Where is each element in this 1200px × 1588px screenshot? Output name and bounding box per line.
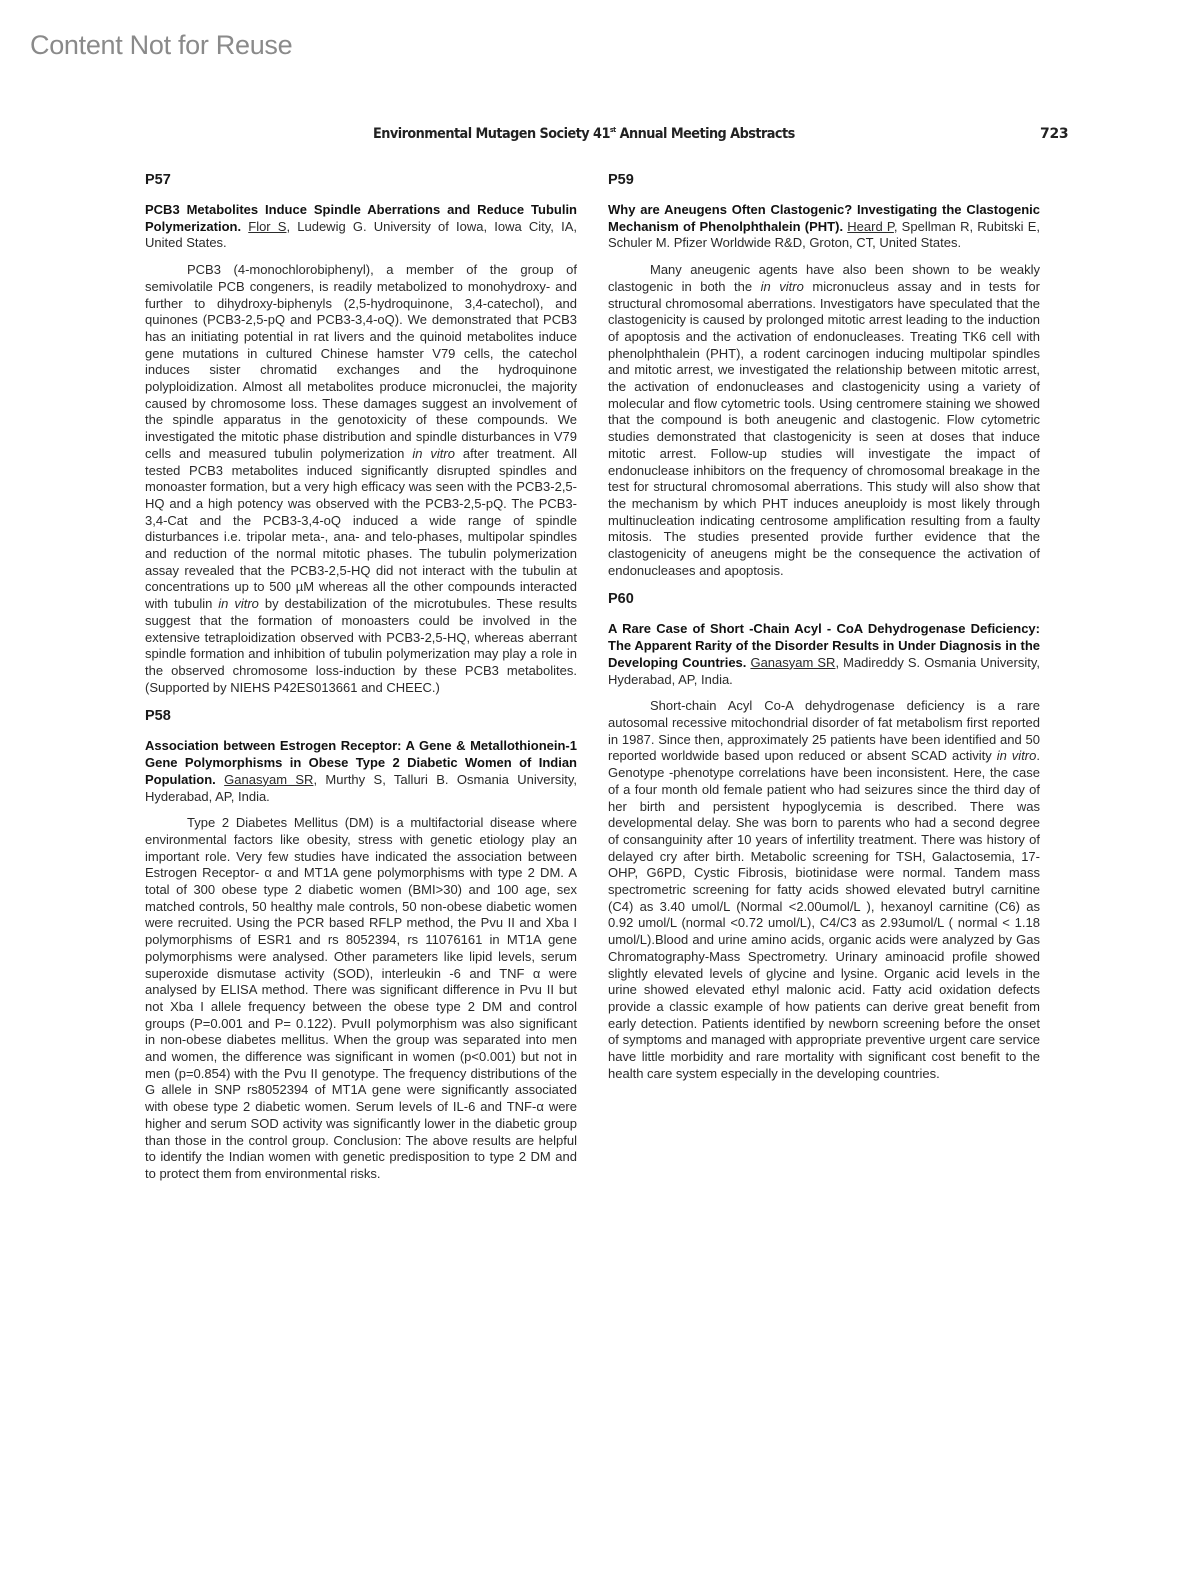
body-text: Short-chain Acyl Co-A dehydrogenase defi… bbox=[608, 698, 1040, 763]
body-text: micronucleus assay and in tests for stru… bbox=[608, 279, 1040, 578]
body-italic: in vitro bbox=[412, 446, 455, 461]
left-column: P57 PCB3 Metabolites Induce Spindle Aber… bbox=[145, 172, 577, 1195]
abstract-id: P57 bbox=[145, 172, 577, 188]
abstract-heading: PCB3 Metabolites Induce Spindle Aberrati… bbox=[145, 202, 577, 252]
abstract-body: Many aneugenic agents have also been sho… bbox=[608, 262, 1040, 579]
abstract-body: PCB3 (4-monochlorobiphenyl), a member of… bbox=[145, 262, 577, 696]
abstract-p57: P57 PCB3 Metabolites Induce Spindle Aber… bbox=[145, 172, 577, 696]
body-text: after treatment. All tested PCB3 metabol… bbox=[145, 446, 577, 611]
journal-title-prefix: Environmental Mutagen Society 41 bbox=[373, 126, 610, 142]
abstract-heading: Why are Aneugens Often Clastogenic? Inve… bbox=[608, 202, 1040, 252]
abstract-id: P60 bbox=[608, 591, 1040, 607]
body-text: Type 2 Diabetes Mellitus (DM) is a multi… bbox=[145, 815, 577, 1181]
abstract-id: P58 bbox=[145, 708, 577, 724]
abstract-heading: Association between Estrogen Receptor: A… bbox=[145, 738, 577, 805]
page-number: 723 bbox=[1040, 126, 1068, 142]
running-head: Environmental Mutagen Society 41st Annua… bbox=[0, 126, 1200, 150]
presenting-author: Ganasyam SR bbox=[224, 772, 313, 787]
presenting-author: Flor S bbox=[248, 219, 286, 234]
presenting-author: Heard P bbox=[847, 219, 894, 234]
body-text: PCB3 (4-monochlorobiphenyl), a member of… bbox=[145, 262, 577, 461]
abstract-body: Short-chain Acyl Co-A dehydrogenase defi… bbox=[608, 698, 1040, 1082]
body-text: . Genotype -phenotype correlations have … bbox=[608, 748, 1040, 1080]
abstract-p60: P60 A Rare Case of Short -Chain Acyl - C… bbox=[608, 591, 1040, 1082]
body-italic: in vitro bbox=[761, 279, 804, 294]
abstract-heading: A Rare Case of Short -Chain Acyl - CoA D… bbox=[608, 621, 1040, 688]
right-column: P59 Why are Aneugens Often Clastogenic? … bbox=[608, 172, 1040, 1094]
journal-title-suffix: Annual Meeting Abstracts bbox=[616, 126, 795, 142]
abstract-p59: P59 Why are Aneugens Often Clastogenic? … bbox=[608, 172, 1040, 579]
abstract-id: P59 bbox=[608, 172, 1040, 188]
watermark: Content Not for Reuse bbox=[30, 30, 292, 61]
body-italic: in vitro bbox=[997, 748, 1037, 763]
body-italic: in vitro bbox=[218, 596, 259, 611]
abstract-p58: P58 Association between Estrogen Recepto… bbox=[145, 708, 577, 1182]
journal-title: Environmental Mutagen Society 41st Annua… bbox=[373, 126, 795, 142]
presenting-author: Ganasyam SR bbox=[750, 655, 835, 670]
abstract-body: Type 2 Diabetes Mellitus (DM) is a multi… bbox=[145, 815, 577, 1182]
